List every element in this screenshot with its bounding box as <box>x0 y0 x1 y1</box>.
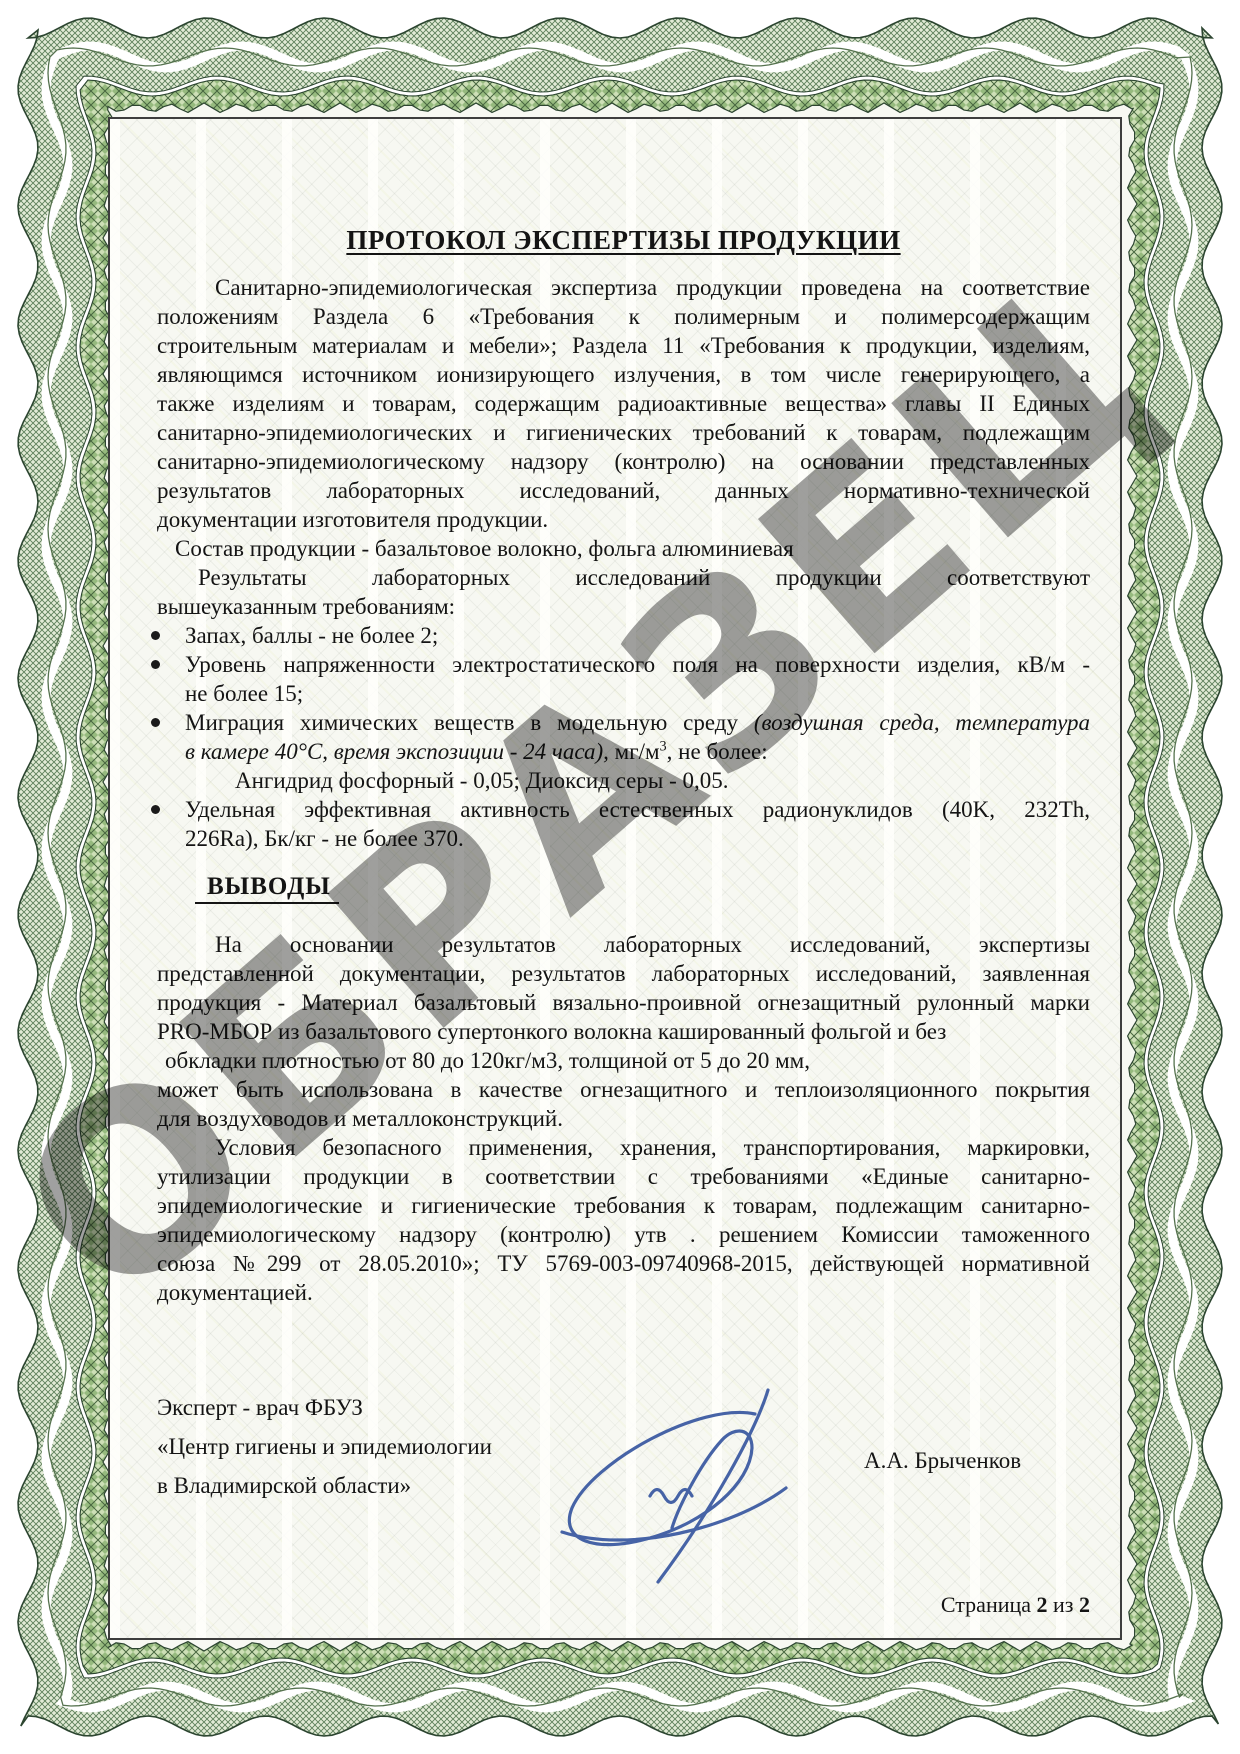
text-line: строительным материалам и мебели»; Разде… <box>157 331 1090 360</box>
conclusion-paragraph-2: Условия безопасного применения, хранения… <box>157 1133 1090 1307</box>
text-line: PRO-МБОР из базальтового супертонкого во… <box>157 1017 1090 1046</box>
text-line: может быть использована в качестве огнез… <box>157 1075 1090 1104</box>
text-line: Результаты лабораторных исследований про… <box>157 563 1090 592</box>
conclusion-paragraph-1: На основании результатов лабораторных ис… <box>157 930 1090 1133</box>
text-line: эпидемиологическому надзору (контролю) у… <box>157 1220 1090 1249</box>
page-current: 2 <box>1037 1592 1048 1617</box>
text-line: в камере 40°С, время экспозиции - 24 час… <box>185 737 1090 766</box>
text-line: представленной документации, результатов… <box>157 959 1090 988</box>
text-segment-italic: в камере 40°С, время экспозиции - 24 час… <box>185 739 609 764</box>
text-line: утилизации продукции в соответствии с тр… <box>157 1162 1090 1191</box>
bullet-dot-icon <box>151 805 160 814</box>
page-number: Страница 2 из 2 <box>157 1592 1090 1618</box>
bullet-item-migration: Миграция химических веществ в модельную … <box>157 708 1090 795</box>
signature <box>500 1368 820 1598</box>
text-line: вышеуказанным требованиям: <box>157 592 1090 621</box>
composition-line: Состав продукции - базальтовое волокно, … <box>157 534 1090 563</box>
document-title: ПРОТОКОЛ ЭКСПЕРТИЗЫ ПРОДУКЦИИ <box>157 226 1090 255</box>
page-of: из <box>1048 1592 1079 1617</box>
results-paragraph: Результаты лабораторных исследований про… <box>157 563 1090 621</box>
text-line: положениям Раздела 6 «Требования к полим… <box>157 302 1090 331</box>
text-line: Условия безопасного применения, хранения… <box>157 1133 1090 1162</box>
text-line: союза №299 от 28.05.2010»; ТУ 5769-003-0… <box>157 1249 1090 1278</box>
text-line: Ангидрид фосфорный - 0,05; Диоксид серы … <box>235 766 1090 795</box>
document-content: ПРОТОКОЛ ЭКСПЕРТИЗЫ ПРОДУКЦИИ Санитарно-… <box>157 226 1090 1505</box>
text-line: также изделиям и товарам, содержащим рад… <box>157 389 1090 418</box>
signature-stroke <box>562 1390 786 1582</box>
conclusions-heading: ВЫВОДЫ <box>195 872 1090 904</box>
text-line: 226Ra), Бк/кг - не более 370. <box>185 824 1090 853</box>
text-segment: мг/м <box>609 739 660 764</box>
text-line: санитарно-эпидемиологических и гигиениче… <box>157 418 1090 447</box>
bullet-item-odor: Запах, баллы - не более 2; <box>157 621 1090 650</box>
document-page: ПРОТОКОЛ ЭКСПЕРТИЗЫ ПРОДУКЦИИ Санитарно-… <box>0 0 1240 1754</box>
text-segment: , не более: <box>667 739 768 764</box>
bullet-dot-icon <box>151 718 160 727</box>
text-line: Удельная эффективная активность естестве… <box>185 795 1090 824</box>
text-line: Запах, баллы - не более 2; <box>185 621 1090 650</box>
text-line: Миграция химических веществ в модельную … <box>185 708 1090 737</box>
text-line: документации изготовителя продукции. <box>157 505 1090 534</box>
text-line: обкладки плотностью от 80 до 120кг/м3, т… <box>157 1046 1090 1075</box>
text-line: для воздуховодов и металлоконструкций. <box>157 1104 1090 1133</box>
text-line: На основании результатов лабораторных ис… <box>157 930 1090 959</box>
text-line: санитарно-эпидемиологическому надзору (к… <box>157 447 1090 476</box>
superscript-3: 3 <box>660 738 667 754</box>
text-line: Санитарно-эпидемиологическая экспертиза … <box>157 273 1090 302</box>
text-line: не более 15; <box>185 679 1090 708</box>
bullet-item-radionuclides: Удельная эффективная активность естестве… <box>157 795 1090 853</box>
page-total: 2 <box>1079 1592 1090 1617</box>
expert-name: А.А. Брыченков <box>864 1448 1021 1474</box>
intro-paragraph: Санитарно-эпидемиологическая экспертиза … <box>157 273 1090 534</box>
text-line: документацией. <box>157 1278 1090 1307</box>
text-line: Уровень напряженности электростатическог… <box>185 650 1090 679</box>
page-label: Страница <box>941 1592 1037 1617</box>
bullet-dot-icon <box>151 631 160 640</box>
text-segment-italic: (воздушная среда, температура <box>754 710 1090 735</box>
bullet-item-electrostatic: Уровень напряженности электростатическог… <box>157 650 1090 708</box>
text-line: эпидемиологические и гигиенические требо… <box>157 1191 1090 1220</box>
text-line: являющимся источником ионизирующего излу… <box>157 360 1090 389</box>
bullet-dot-icon <box>151 660 160 669</box>
text-segment: Миграция химических веществ в модельную … <box>185 710 754 735</box>
text-line: продукция - Материал базальтовый вязальн… <box>157 988 1090 1017</box>
text-line: результатов лабораторных исследований, д… <box>157 476 1090 505</box>
